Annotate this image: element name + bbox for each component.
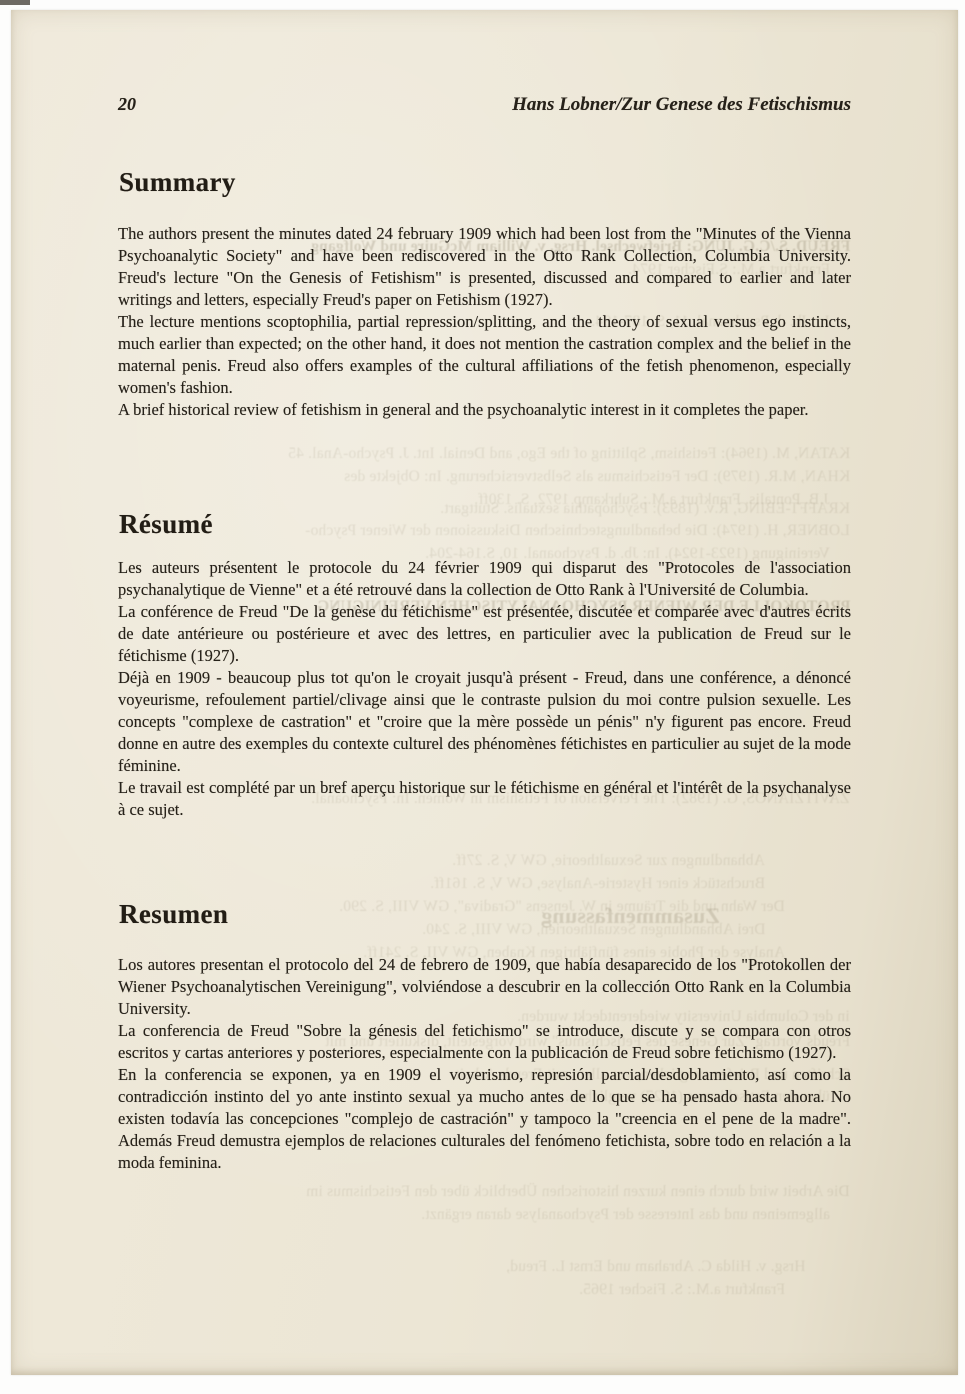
paragraph: Le travail est complété par un bref aper… (118, 777, 851, 821)
paragraph: Les auteurs présentent le protocole du 2… (118, 557, 851, 601)
section-text-resume: Les auteurs présentent le protocole du 2… (118, 557, 851, 821)
section-heading-summary: Summary (119, 167, 236, 198)
page-number: 20 (118, 94, 136, 115)
section-text-summary: The authors present the minutes dated 24… (118, 223, 851, 421)
section-text-resumen: Los autores presentan el protocolo del 2… (118, 954, 851, 1174)
paragraph: La conferencia de Freud "Sobre la génesi… (118, 1020, 851, 1064)
paragraph: Déjà en 1909 - beaucoup plus tot qu'on l… (118, 667, 851, 777)
paragraph: The lecture mentions scoptophilia, parti… (118, 311, 851, 399)
paragraph: The authors present the minutes dated 24… (118, 223, 851, 311)
section-heading-resumen: Resumen (119, 899, 228, 930)
paragraph: A brief historical review of fetishism i… (118, 399, 851, 421)
paragraph: La conférence de Freud "De la genèse du … (118, 601, 851, 667)
page-content: 20 Hans Lobner/Zur Genese des Fetischism… (0, 0, 965, 1394)
paragraph: En la conferencia se exponen, ya en 1909… (118, 1064, 851, 1174)
running-head: 20 Hans Lobner/Zur Genese des Fetischism… (118, 94, 851, 116)
section-heading-resume: Résumé (119, 509, 213, 540)
paragraph: Los autores presentan el protocolo del 2… (118, 954, 851, 1020)
running-head-title: Hans Lobner/Zur Genese des Fetischismus (512, 94, 851, 116)
scanned-page: FREUD, S./C.G. JUNG: Briefwechsel. Hrsg.… (0, 0, 965, 1394)
